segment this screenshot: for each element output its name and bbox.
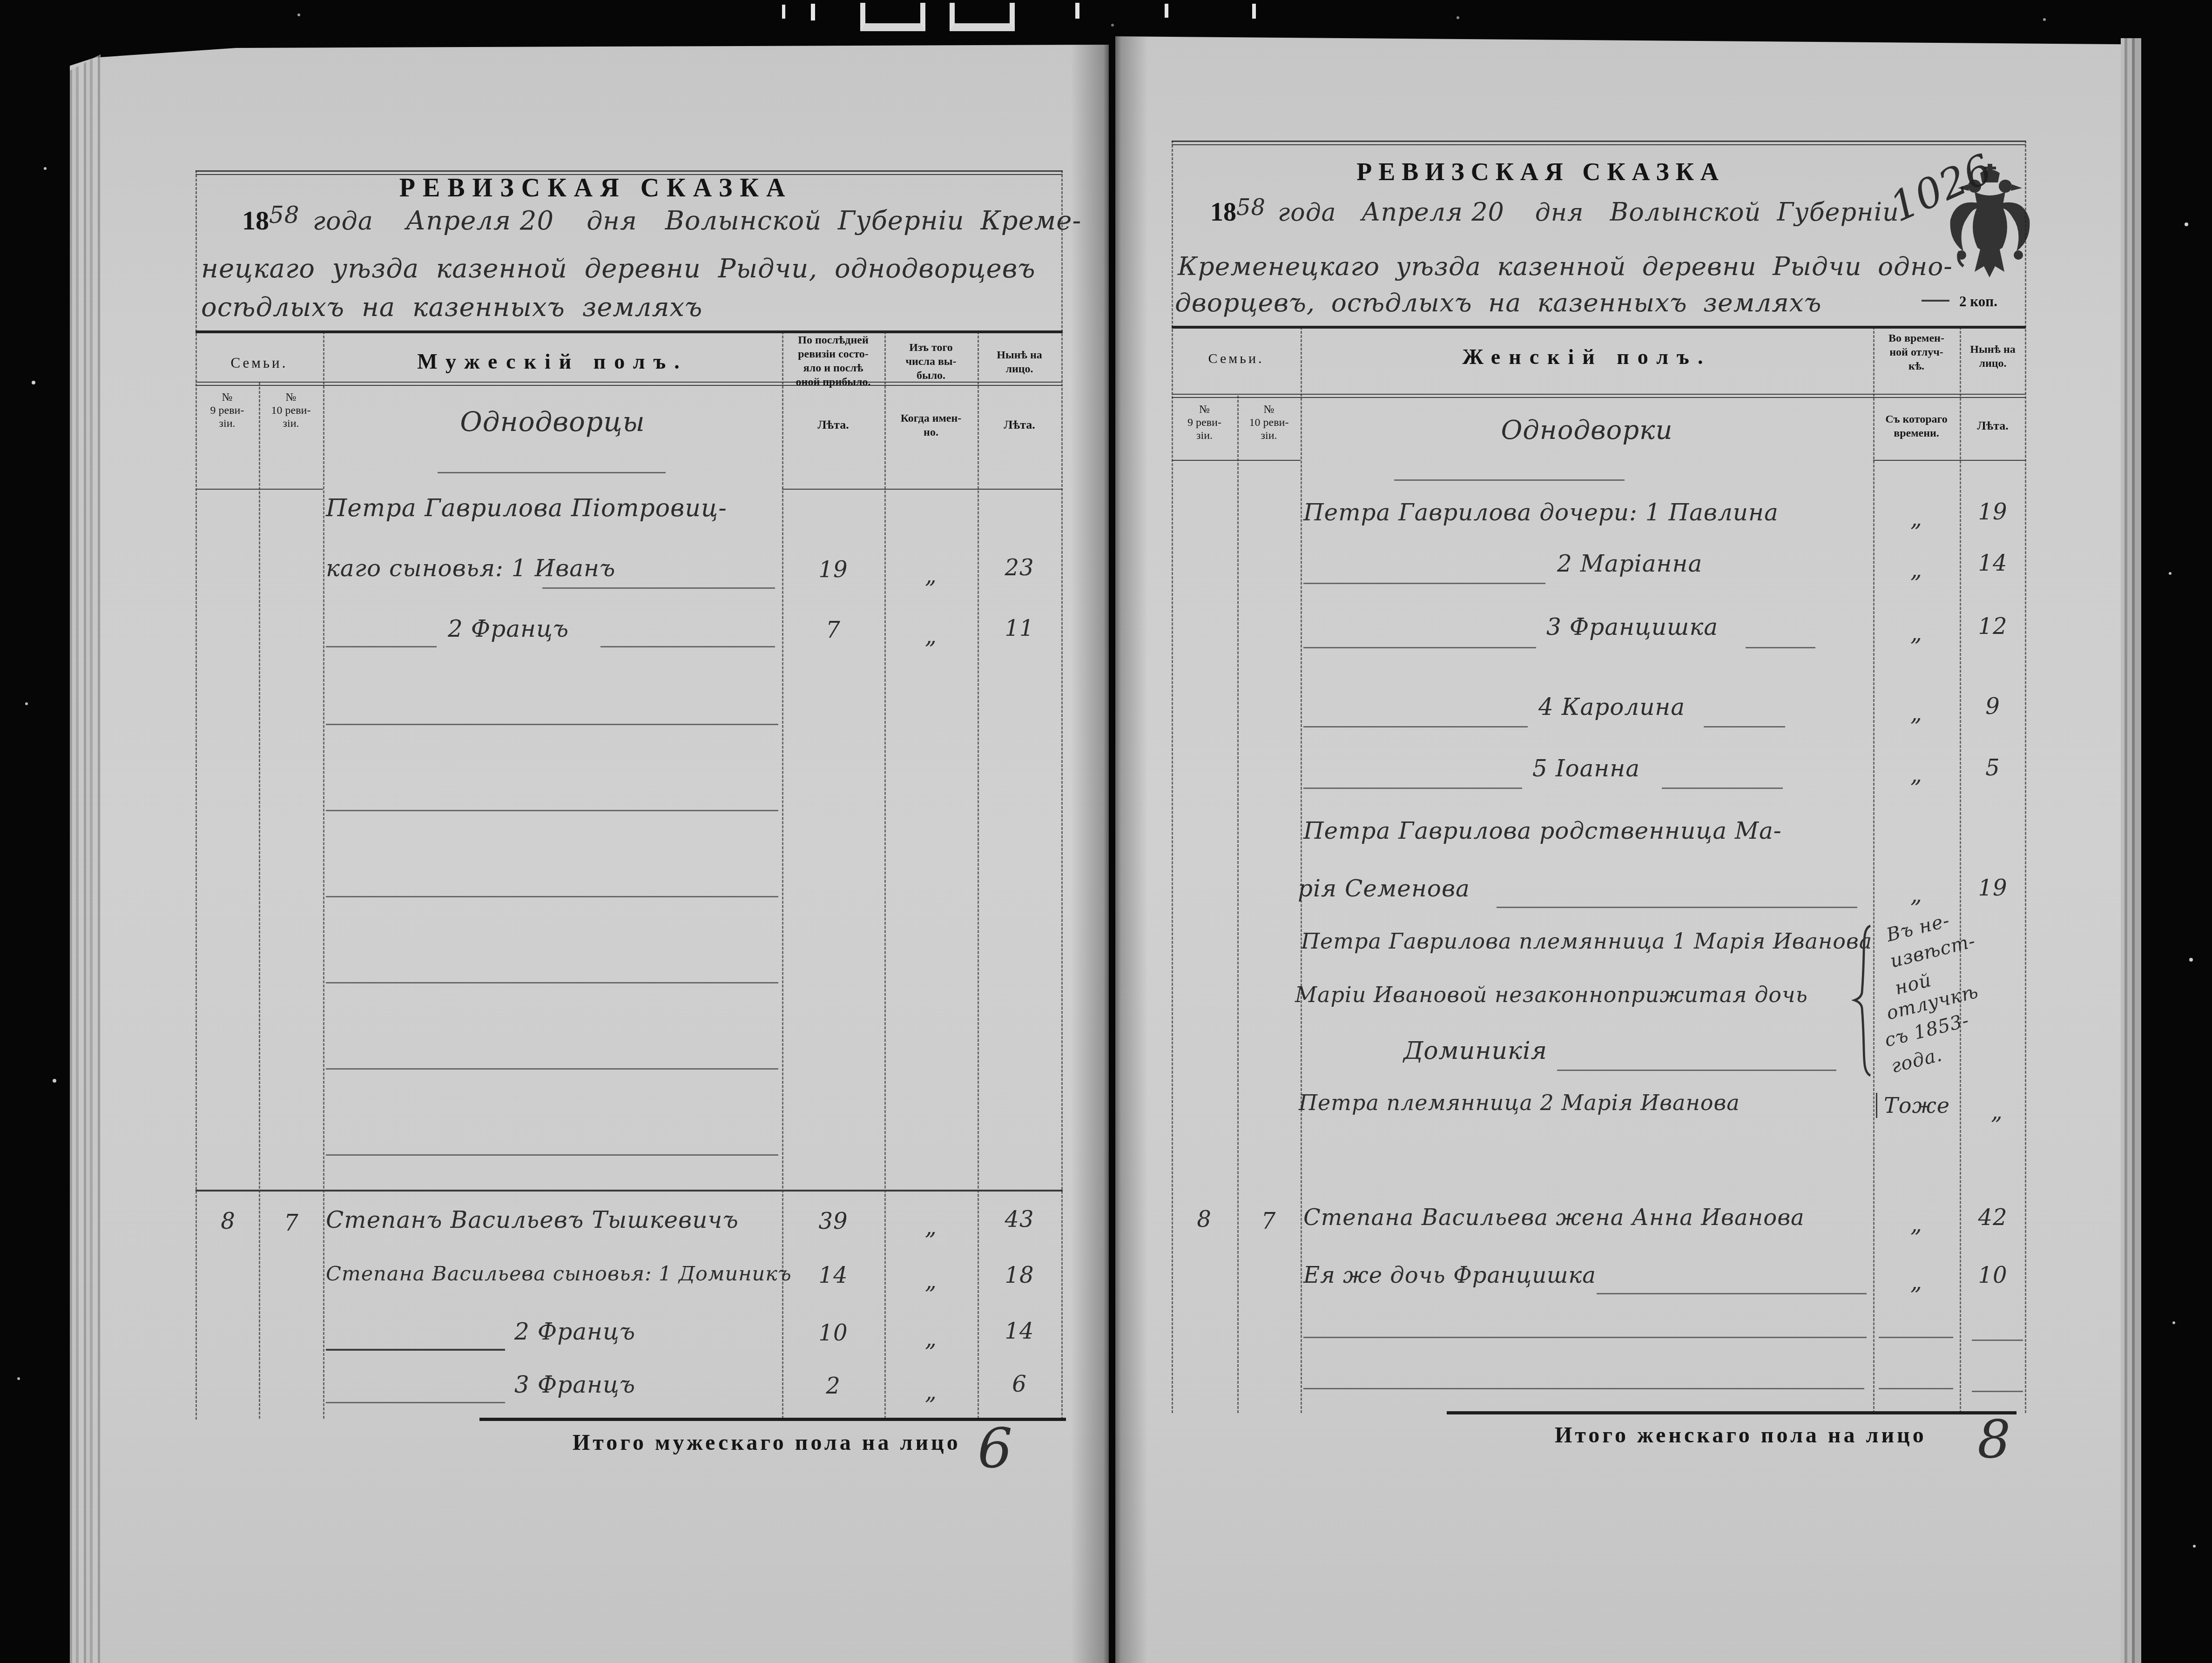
book-gutter-shadow xyxy=(1115,36,1148,1663)
column-divider xyxy=(1237,396,1239,1413)
col-families: Семьи. xyxy=(1172,351,1301,367)
ditto-mark: „ xyxy=(1874,557,1959,583)
year-written: 58 xyxy=(1236,195,1266,221)
year-printed: 18 xyxy=(1210,198,1236,227)
film-mark xyxy=(782,5,785,19)
empty-row-rule xyxy=(326,724,778,725)
film-mark xyxy=(1252,4,1256,19)
age-now: 14 xyxy=(978,1318,1060,1344)
right-page-edge-stack xyxy=(2121,38,2141,1663)
col-absence: Во времен- ной отлуч- кѣ. xyxy=(1874,331,1959,373)
col-last-revision-sub: Лѣта. xyxy=(783,418,883,432)
ditto-mark: „ xyxy=(1874,1211,1959,1237)
age-last: 2 xyxy=(783,1373,883,1399)
empty-row-rule xyxy=(1303,1337,1867,1338)
page-title: РЕВИЗСКАЯ СКАЗКА xyxy=(363,173,829,203)
frame-line xyxy=(1172,144,2026,145)
table-top-line xyxy=(196,330,1063,333)
intro-rest: Волынской Губерніи xyxy=(1610,197,1899,227)
table-row: Петра Гаврилова Піотровиц- xyxy=(326,494,727,522)
page-title: РЕВИЗСКАЯ СКАЗКА xyxy=(1308,157,1774,186)
frame-line xyxy=(196,170,1063,172)
table-row: Петра Гаврилова родственница Ма- xyxy=(1303,817,1782,844)
col-rev9: № 9 реви- зіи. xyxy=(1172,403,1237,442)
ditto-mark: „ xyxy=(1874,1269,1959,1295)
empty-row-rule xyxy=(326,1068,778,1070)
empty-row-rule xyxy=(326,896,778,897)
left-page-edge-stack xyxy=(70,45,101,1663)
empty-row-rule xyxy=(1879,1388,1953,1389)
age-now: 6 xyxy=(978,1371,1060,1397)
table-border xyxy=(1172,141,1173,1413)
column-divider xyxy=(259,383,260,1419)
row-rule xyxy=(326,1349,505,1351)
column-divider xyxy=(1301,327,1302,1413)
age: 10 xyxy=(1961,1262,2025,1288)
film-mark xyxy=(1165,4,1168,18)
age-now: 18 xyxy=(978,1262,1060,1288)
intro-line-2: нецкаго уѣзда казенной деревни Рыдчи, од… xyxy=(201,254,1036,284)
family-no-10: 7 xyxy=(263,1210,319,1236)
col-present-sub: Лѣта. xyxy=(978,418,1060,432)
table-row: Степана Васильева жена Анна Иванова xyxy=(1303,1205,1805,1231)
age-now: 23 xyxy=(978,555,1060,581)
empty-row-rule xyxy=(1972,1340,2023,1341)
family-no-9: 8 xyxy=(200,1208,256,1234)
stamp-price-row: 2 коп. xyxy=(1922,293,1997,310)
age: 14 xyxy=(1961,550,2025,576)
column-divider xyxy=(978,331,979,1419)
ditto-mark: „ xyxy=(1874,700,1959,726)
dust-specks xyxy=(0,0,2,2)
table-border xyxy=(1061,170,1063,1420)
col-last-revision: По послѣдней ревизіи состо- яло и послѣ … xyxy=(783,333,883,389)
col-departed: Изъ того числа вы- было. xyxy=(885,341,977,383)
col-present: Нынѣ на лицо. xyxy=(1961,343,2025,370)
book-gutter-shadow xyxy=(1071,45,1109,1663)
dnya-label: дня xyxy=(587,206,637,236)
row-rule xyxy=(1704,726,1785,727)
row-rule xyxy=(1597,1293,1867,1294)
empty-row-rule xyxy=(1879,1337,1953,1338)
age-last: 14 xyxy=(783,1262,883,1288)
imperial-eagle-icon xyxy=(1947,162,2033,289)
table-row: Степана Васильева сыновья: 1 Доминикъ xyxy=(326,1262,792,1286)
intro-line-3: дворцевъ, осѣдлыхъ на казенныхъ земляхъ xyxy=(1175,288,1821,317)
date-written: Апреля 20 xyxy=(1362,197,1504,227)
table-row: 3 Францишка xyxy=(1546,613,1718,640)
row-rule xyxy=(1303,726,1528,727)
age: 9 xyxy=(1961,693,2025,720)
row-rule xyxy=(1662,788,1783,789)
total-line xyxy=(1447,1411,2016,1414)
intro-line-1: 1858годаАпреля 20дняВолынской Губерніи К… xyxy=(242,205,1081,236)
dnya-label: дня xyxy=(1535,199,1584,227)
age: 12 xyxy=(1961,613,2025,640)
col-rev10: № 10 реви- зіи. xyxy=(1237,403,1301,442)
row-rule xyxy=(1497,907,1857,908)
column-divider xyxy=(1873,327,1875,1413)
column-divider xyxy=(884,331,886,1419)
header-separator xyxy=(1172,394,2026,395)
row-rule xyxy=(326,1402,505,1403)
col-departed-sub: Когда имен- но. xyxy=(885,411,977,439)
ditto-mark: „ xyxy=(1874,505,1959,532)
ditto-mark: „ xyxy=(885,1268,977,1294)
intro-line-2: Кременецкаго уѣзда казенной деревни Рыдч… xyxy=(1178,251,1953,281)
empty-row-rule xyxy=(1303,1388,1864,1389)
age: 5 xyxy=(1961,755,2025,781)
row-rule xyxy=(326,646,437,647)
table-row: Петра Гаврилова дочери: 1 Павлина xyxy=(1303,499,1779,526)
col-present: Нынѣ на лицо. xyxy=(978,348,1060,376)
ditto-mark: „ xyxy=(885,1379,977,1405)
ditto-mark: „ xyxy=(1969,1098,2025,1124)
age-last: 10 xyxy=(783,1320,883,1346)
intro-line-3: осѣдлыхъ на казенныхъ земляхъ xyxy=(201,292,702,323)
ditto-mark: „ xyxy=(1874,620,1959,646)
absence-brace-icon xyxy=(1852,924,1876,1077)
ditto-mark: „ xyxy=(1874,761,1959,788)
table-row: 4 Каролина xyxy=(1538,693,1685,720)
age-last: 19 xyxy=(783,557,883,583)
stamp-price: 2 коп. xyxy=(1959,293,1997,310)
header-separator xyxy=(1172,397,2026,398)
goda-label: года xyxy=(313,206,373,236)
col-rev9: № 9 реви- зіи. xyxy=(196,391,259,430)
header-separator xyxy=(196,385,1063,386)
age-now: 43 xyxy=(978,1206,1060,1232)
table-row: каго сыновья: 1 Иванъ xyxy=(326,555,615,582)
empty-row-rule xyxy=(326,1154,778,1156)
table-row: 3 Францъ xyxy=(514,1371,635,1398)
table-top-line xyxy=(1172,326,2026,329)
col-sex: Мужескій полъ. xyxy=(323,349,782,374)
flourish-underline xyxy=(438,472,666,473)
total-label: Итого мужескаго пола на лицо xyxy=(573,1430,961,1455)
ditto-mark: „ xyxy=(1874,882,1959,908)
row-rule xyxy=(1557,1070,1836,1071)
stamp-dash xyxy=(1922,300,1949,302)
row-rule xyxy=(1303,647,1536,648)
film-bracket-mark xyxy=(950,3,1015,31)
total-value: 6 xyxy=(978,1416,1013,1480)
col-rev10: № 10 реви- зіи. xyxy=(259,391,323,430)
table-row: Ея же дочь Францишка xyxy=(1303,1262,1596,1288)
col-families: Семьи. xyxy=(196,355,323,371)
column-divider xyxy=(323,331,324,1419)
ditto-mark: „ xyxy=(885,562,977,588)
age-last: 7 xyxy=(783,617,883,643)
revision-list-scan: РЕВИЗСКАЯ СКАЗКА 1858годаАпреля 20дняВол… xyxy=(0,0,2212,1663)
flourish-underline xyxy=(1394,479,1625,481)
age: 19 xyxy=(1961,875,2025,901)
row-rule xyxy=(1746,647,1815,648)
row-rule xyxy=(542,587,775,589)
subheader-line xyxy=(782,489,1063,490)
film-mark xyxy=(811,4,815,20)
age-last: 39 xyxy=(783,1208,883,1234)
family-no-9: 8 xyxy=(1176,1206,1232,1232)
ditto-mark: „ xyxy=(885,1214,977,1240)
date-written: Апреля 20 xyxy=(406,206,554,236)
table-row: 2 Маріанна xyxy=(1557,550,1702,577)
table-row: 2 Францъ xyxy=(448,615,569,642)
table-row: 5 Іоанна xyxy=(1532,755,1640,782)
subheader-line xyxy=(196,489,323,490)
row-rule xyxy=(1303,788,1522,789)
age: 42 xyxy=(1961,1205,2025,1231)
table-row: рія Семенова xyxy=(1298,875,1470,902)
column-divider xyxy=(1960,327,1961,1413)
family-no-10: 7 xyxy=(1242,1208,1295,1234)
frame-line xyxy=(1172,141,2026,142)
section-line xyxy=(196,1190,1063,1192)
column-divider xyxy=(782,331,783,1419)
total-label: Итого женскаго пола на лицо xyxy=(1555,1422,1927,1448)
film-bracket-mark xyxy=(860,3,925,31)
empty-row-rule xyxy=(326,982,778,983)
table-row: Петра племянница 2 Марія Иванова xyxy=(1299,1090,1740,1115)
table-row: Петра Гаврилова племянница 1 Марія Ивано… xyxy=(1301,929,1872,954)
empty-row-rule xyxy=(1972,1391,2023,1392)
table-row: 2 Францъ xyxy=(514,1318,635,1345)
row-rule xyxy=(600,646,775,647)
age: 19 xyxy=(1961,499,2025,525)
group-label: Однодворки xyxy=(1301,415,1873,445)
intro-line-1: 1858годаАпреля 20дняВолынской Губерніи xyxy=(1210,197,1899,227)
row-rule xyxy=(1303,583,1545,584)
col-sex: Женскій полъ. xyxy=(1301,344,1873,369)
group-label: Однодворцы xyxy=(323,406,782,438)
goda-label: года xyxy=(1278,199,1336,227)
film-mark xyxy=(1075,3,1079,19)
col-present-sub: Лѣта. xyxy=(1961,419,2025,433)
intro-rest: Волынской Губерніи Креме- xyxy=(665,206,1082,236)
table-row: Степанъ Васильевъ Тышкевичъ xyxy=(326,1206,739,1233)
subheader-line xyxy=(1873,460,2026,461)
absence-note-ditto: Тоже xyxy=(1876,1093,1950,1118)
table-row: Доминикія xyxy=(1403,1037,1547,1065)
age-now: 11 xyxy=(978,615,1060,641)
col-absence-sub: Съ котораго времени. xyxy=(1874,412,1959,440)
empty-row-rule xyxy=(326,810,778,811)
year-printed: 18 xyxy=(242,205,269,236)
subheader-line xyxy=(1172,460,1301,461)
year-written: 58 xyxy=(269,202,300,229)
total-value: 8 xyxy=(1977,1409,2011,1470)
ditto-mark: „ xyxy=(885,623,977,649)
table-row: Маріи Ивановой незаконноприжитая дочь xyxy=(1295,982,1808,1007)
ditto-mark: „ xyxy=(885,1326,977,1352)
table-border xyxy=(2025,141,2026,1413)
